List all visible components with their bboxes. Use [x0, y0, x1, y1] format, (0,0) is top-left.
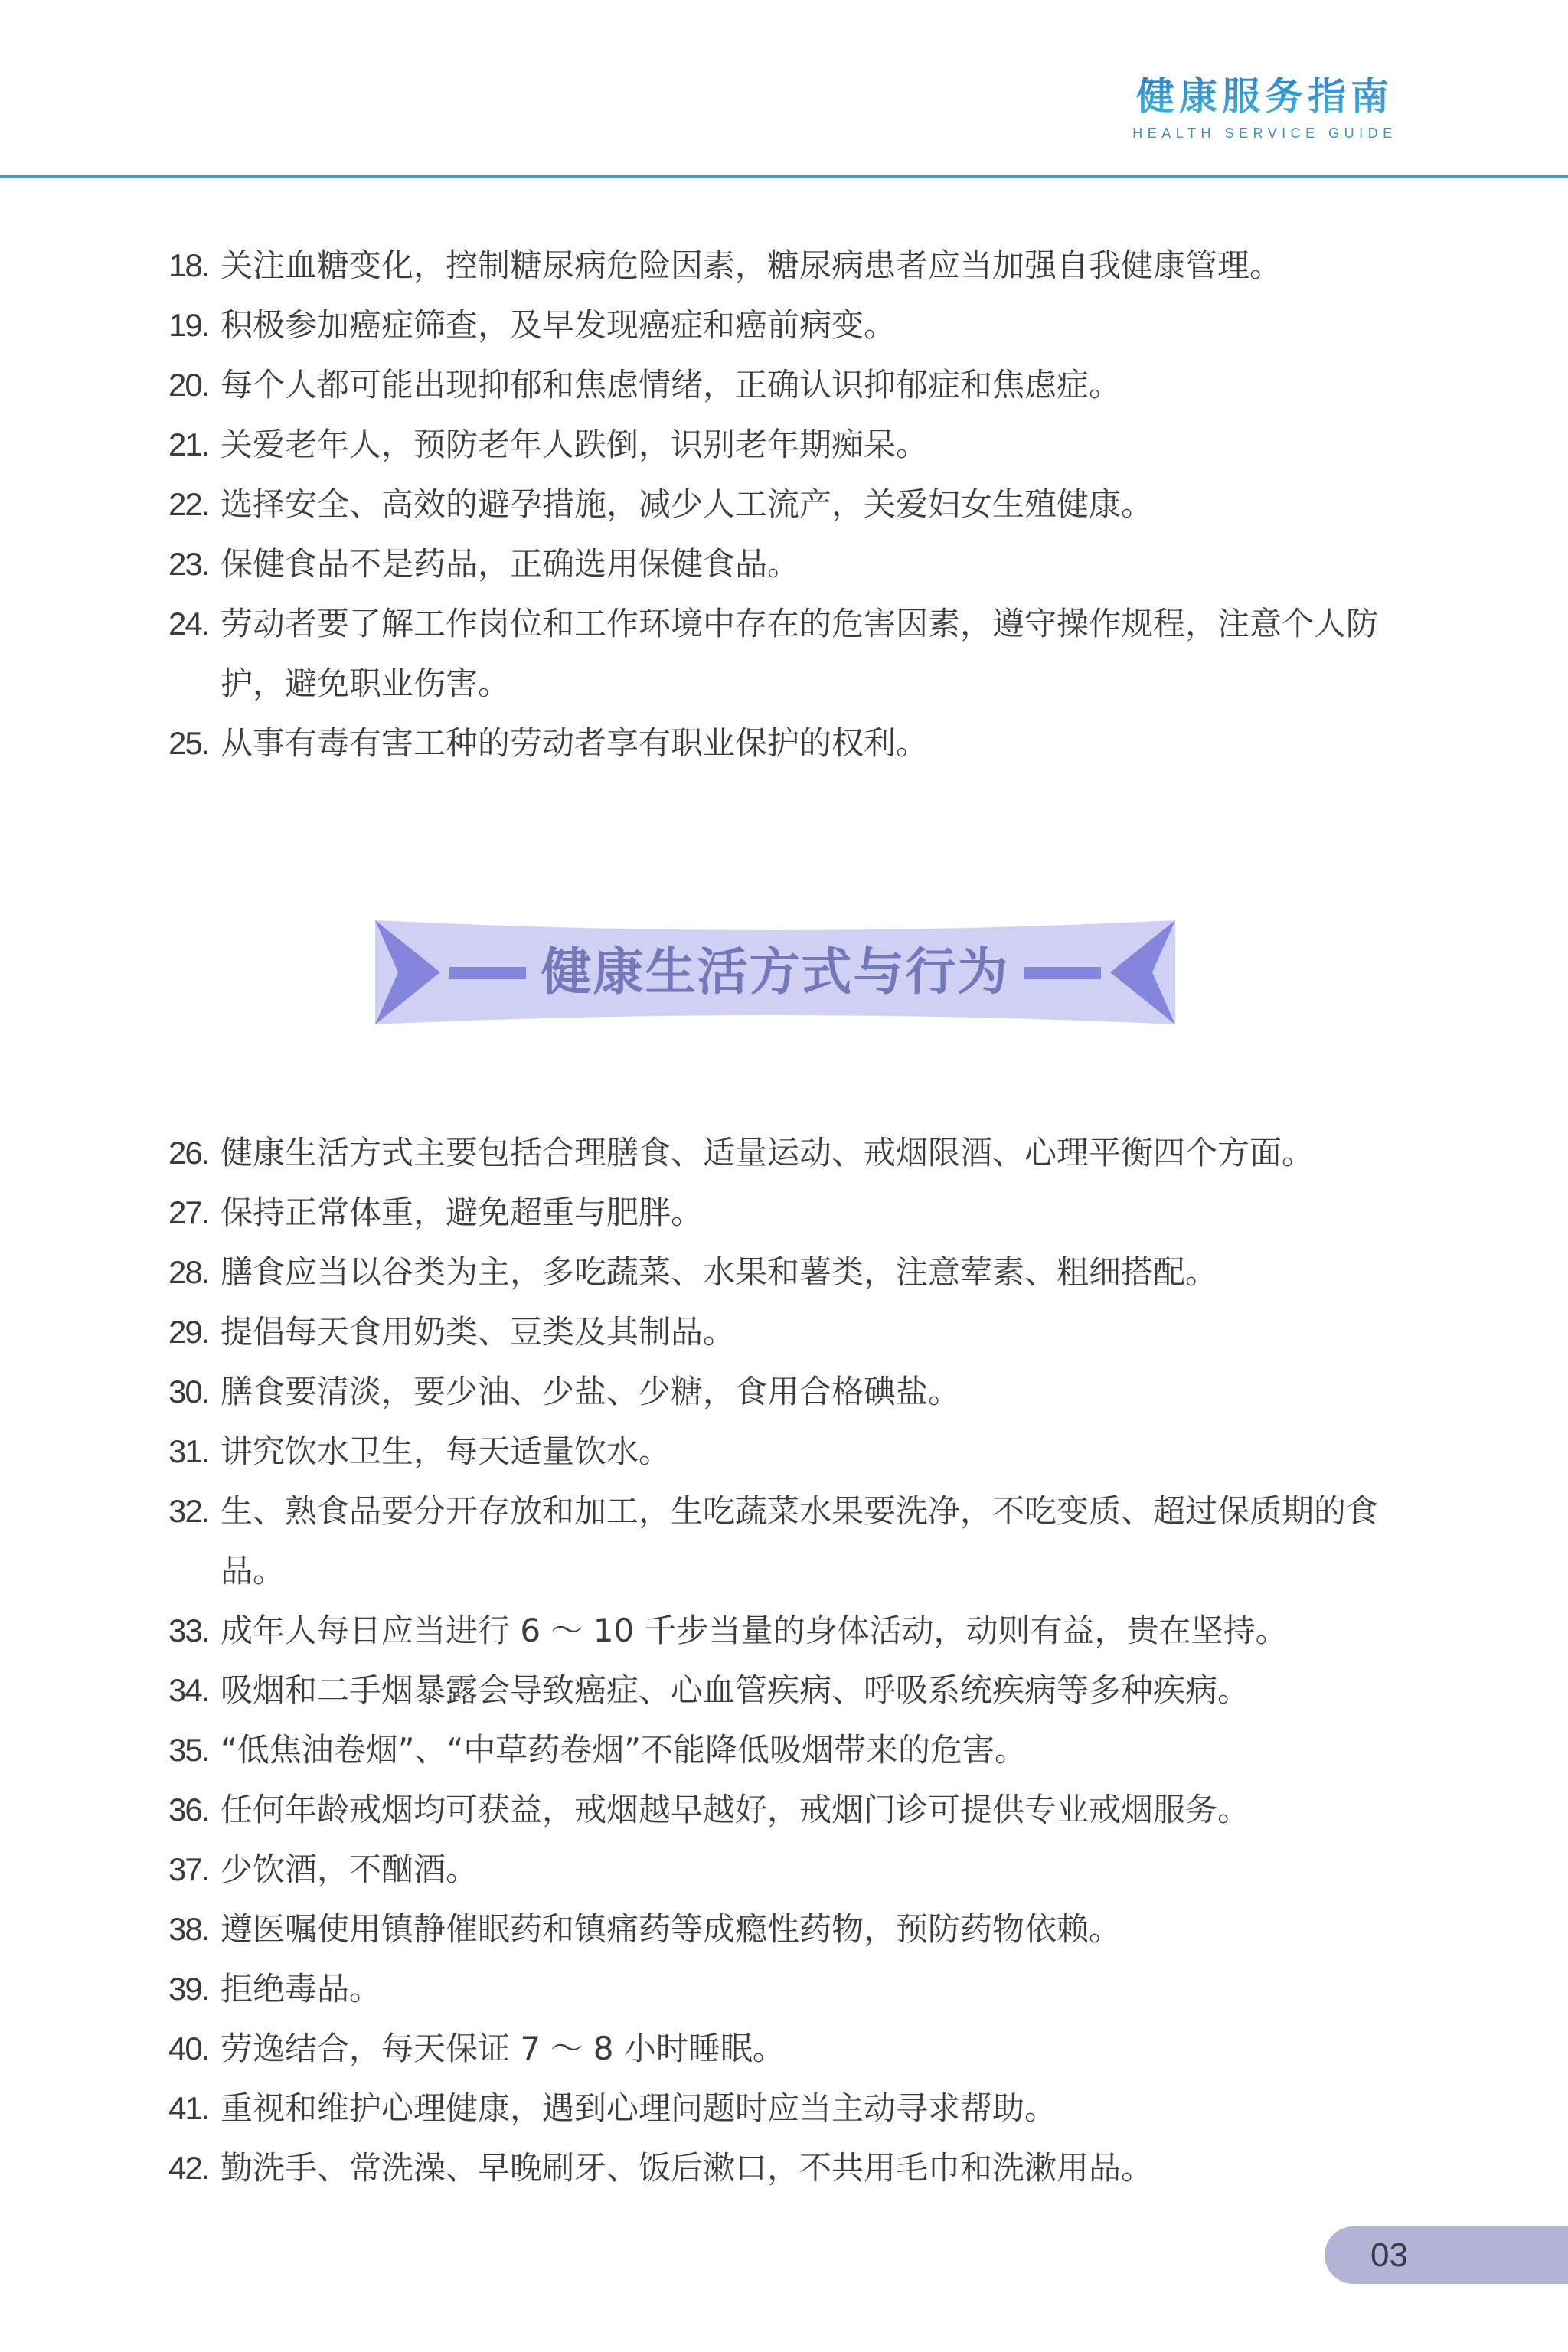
- item-number: 31.: [168, 1422, 208, 1481]
- item-text: 重视和维护心理健康，遇到心理问题时应当主动寻求帮助。: [220, 2089, 1057, 2127]
- item-text: 遵医嘱使用镇静催眠药和镇痛药等成瘾性药物，预防药物依赖。: [220, 1910, 1121, 1948]
- list-item: 25.从事有毒有害工种的劳动者享有职业保护的权利。: [168, 714, 1409, 773]
- item-number: 25.: [168, 714, 208, 773]
- item-number: 20.: [168, 355, 208, 415]
- item-text: 保持正常体重，避免超重与肥胖。: [220, 1194, 703, 1231]
- item-text: 保健食品不是药品，正确选用保健食品。: [220, 545, 799, 583]
- page-number: 03: [1370, 2226, 1408, 2284]
- item-text: 劳动者要了解工作岗位和工作环境中存在的危害因素，遵守操作规程，注意个人防护，避免…: [220, 605, 1378, 702]
- item-number: 40.: [168, 2019, 208, 2079]
- list-item: 22.选择安全、高效的避孕措施，减少人工流产，关爱妇女生殖健康。: [168, 475, 1409, 534]
- item-number: 39.: [168, 1959, 208, 2019]
- item-text: 每个人都可能出现抑郁和焦虑情绪，正确认识抑郁症和焦虑症。: [220, 366, 1121, 403]
- list-item: 36.任何年龄戒烟均可获益，戒烟越早越好，戒烟门诊可提供专业戒烟服务。: [168, 1780, 1409, 1840]
- item-text: 任何年龄戒烟均可获益，戒烟越早越好，戒烟门诊可提供专业戒烟服务。: [220, 1791, 1249, 1828]
- item-number: 36.: [168, 1780, 208, 1840]
- item-text: 讲究饮水卫生，每天适量饮水。: [220, 1432, 671, 1470]
- list-item: 28.膳食应当以谷类为主，多吃蔬菜、水果和薯类，注意荤素、粗细搭配。: [168, 1243, 1409, 1302]
- item-text: 生、熟食品要分开存放和加工，生吃蔬菜水果要洗净，不吃变质、超过保质期的食品。: [220, 1492, 1378, 1589]
- list-item: 37.少饮酒，不酗酒。: [168, 1840, 1409, 1900]
- item-text: 选择安全、高效的避孕措施，减少人工流产，关爱妇女生殖健康。: [220, 485, 1153, 523]
- item-number: 33.: [168, 1601, 208, 1661]
- item-text: “低焦油卷烟”、“中草药卷烟”不能降低吸烟带来的危害。: [220, 1731, 1027, 1769]
- list-item: 41.重视和维护心理健康，遇到心理问题时应当主动寻求帮助。: [168, 2079, 1409, 2138]
- list-item: 24.劳动者要了解工作岗位和工作环境中存在的危害因素，遵守操作规程，注意个人防护…: [168, 594, 1409, 714]
- list-item: 18.关注血糖变化，控制糖尿病危险因素，糖尿病患者应当加强自我健康管理。: [168, 236, 1409, 296]
- item-number: 18.: [168, 236, 208, 296]
- item-text: 吸烟和二手烟暴露会导致癌症、心血管疾病、呼吸系统疾病等多种疾病。: [220, 1671, 1249, 1709]
- item-text: 关爱老年人，预防老年人跌倒，识别老年期痴呆。: [220, 426, 928, 463]
- item-number: 21.: [168, 415, 208, 475]
- item-text: 提倡每天食用奶类、豆类及其制品。: [220, 1313, 735, 1351]
- list-item: 31.讲究饮水卫生，每天适量饮水。: [168, 1422, 1409, 1481]
- list-item: 29.提倡每天食用奶类、豆类及其制品。: [168, 1302, 1409, 1362]
- list-item: 40.劳逸结合，每天保证 7 ～ 8 小时睡眠。: [168, 2019, 1409, 2079]
- page-number-badge: 03: [1325, 2226, 1568, 2284]
- guideline-list-part1: 18.关注血糖变化，控制糖尿病危险因素，糖尿病患者应当加强自我健康管理。 19.…: [168, 236, 1409, 773]
- item-text: 拒绝毒品。: [220, 1970, 381, 2007]
- item-text: 积极参加癌症筛查，及早发现癌症和癌前病变。: [220, 306, 896, 344]
- item-number: 27.: [168, 1183, 208, 1243]
- item-number: 34.: [168, 1661, 208, 1720]
- item-number: 37.: [168, 1840, 208, 1900]
- list-item: 33.成年人每日应当进行 6 ～ 10 千步当量的身体活动，动则有益，贵在坚持。: [168, 1601, 1409, 1661]
- list-item: 23.保健食品不是药品，正确选用保健食品。: [168, 534, 1409, 594]
- item-number: 30.: [168, 1362, 208, 1422]
- list-item: 35.“低焦油卷烟”、“中草药卷烟”不能降低吸烟带来的危害。: [168, 1720, 1409, 1780]
- item-number: 35.: [168, 1720, 208, 1780]
- item-text: 从事有毒有害工种的劳动者享有职业保护的权利。: [220, 724, 928, 762]
- item-number: 24.: [168, 594, 208, 654]
- item-text: 劳逸结合，每天保证 7 ～ 8 小时睡眠。: [220, 2030, 785, 2067]
- item-number: 38.: [168, 1900, 208, 1959]
- item-text: 少饮酒，不酗酒。: [220, 1851, 478, 1888]
- item-text: 勤洗手、常洗澡、早晚刷牙、饭后漱口，不共用毛巾和洗漱用品。: [220, 2149, 1153, 2187]
- guideline-list-part2: 26.健康生活方式主要包括合理膳食、适量运动、戒烟限酒、心理平衡四个方面。 27…: [168, 1123, 1409, 2198]
- list-item: 19.积极参加癌症筛查，及早发现癌症和癌前病变。: [168, 296, 1409, 355]
- item-number: 26.: [168, 1123, 208, 1183]
- list-item: 38.遵医嘱使用镇静催眠药和镇痛药等成瘾性药物，预防药物依赖。: [168, 1900, 1409, 1959]
- section-title: 健康生活方式与行为: [375, 917, 1175, 1027]
- list-item: 30.膳食要清淡，要少油、少盐、少糖，食用合格碘盐。: [168, 1362, 1409, 1422]
- list-item: 39.拒绝毒品。: [168, 1959, 1409, 2019]
- list-item: 34.吸烟和二手烟暴露会导致癌症、心血管疾病、呼吸系统疾病等多种疾病。: [168, 1661, 1409, 1720]
- item-text: 膳食要清淡，要少油、少盐、少糖，食用合格碘盐。: [220, 1373, 960, 1410]
- item-number: 22.: [168, 475, 208, 534]
- item-text: 健康生活方式主要包括合理膳食、适量运动、戒烟限酒、心理平衡四个方面。: [220, 1134, 1314, 1171]
- item-number: 41.: [168, 2079, 208, 2138]
- brand-title-en: HEALTH SERVICE GUIDE: [1127, 126, 1403, 142]
- item-text: 关注血糖变化，控制糖尿病危险因素，糖尿病患者应当加强自我健康管理。: [220, 247, 1282, 284]
- list-item: 32.生、熟食品要分开存放和加工，生吃蔬菜水果要洗净，不吃变质、超过保质期的食品…: [168, 1481, 1409, 1601]
- list-item: 27.保持正常体重，避免超重与肥胖。: [168, 1183, 1409, 1243]
- item-number: 28.: [168, 1243, 208, 1302]
- item-number: 23.: [168, 534, 208, 594]
- item-text: 成年人每日应当进行 6 ～ 10 千步当量的身体活动，动则有益，贵在坚持。: [220, 1612, 1288, 1649]
- item-number: 32.: [168, 1481, 208, 1541]
- list-item: 20.每个人都可能出现抑郁和焦虑情绪，正确认识抑郁症和焦虑症。: [168, 355, 1409, 415]
- header-divider: [0, 175, 1568, 178]
- item-number: 29.: [168, 1302, 208, 1362]
- item-number: 42.: [168, 2138, 208, 2198]
- item-number: 19.: [168, 296, 208, 355]
- list-item: 42.勤洗手、常洗澡、早晚刷牙、饭后漱口，不共用毛巾和洗漱用品。: [168, 2138, 1409, 2198]
- item-text: 膳食应当以谷类为主，多吃蔬菜、水果和薯类，注意荤素、粗细搭配。: [220, 1253, 1217, 1291]
- brand-title-cn: 健康服务指南: [1127, 73, 1403, 119]
- section-banner: 健康生活方式与行为: [375, 917, 1175, 1027]
- header-brand: 健康服务指南 HEALTH SERVICE GUIDE: [1127, 73, 1403, 142]
- list-item: 21.关爱老年人，预防老年人跌倒，识别老年期痴呆。: [168, 415, 1409, 475]
- list-item: 26.健康生活方式主要包括合理膳食、适量运动、戒烟限酒、心理平衡四个方面。: [168, 1123, 1409, 1183]
